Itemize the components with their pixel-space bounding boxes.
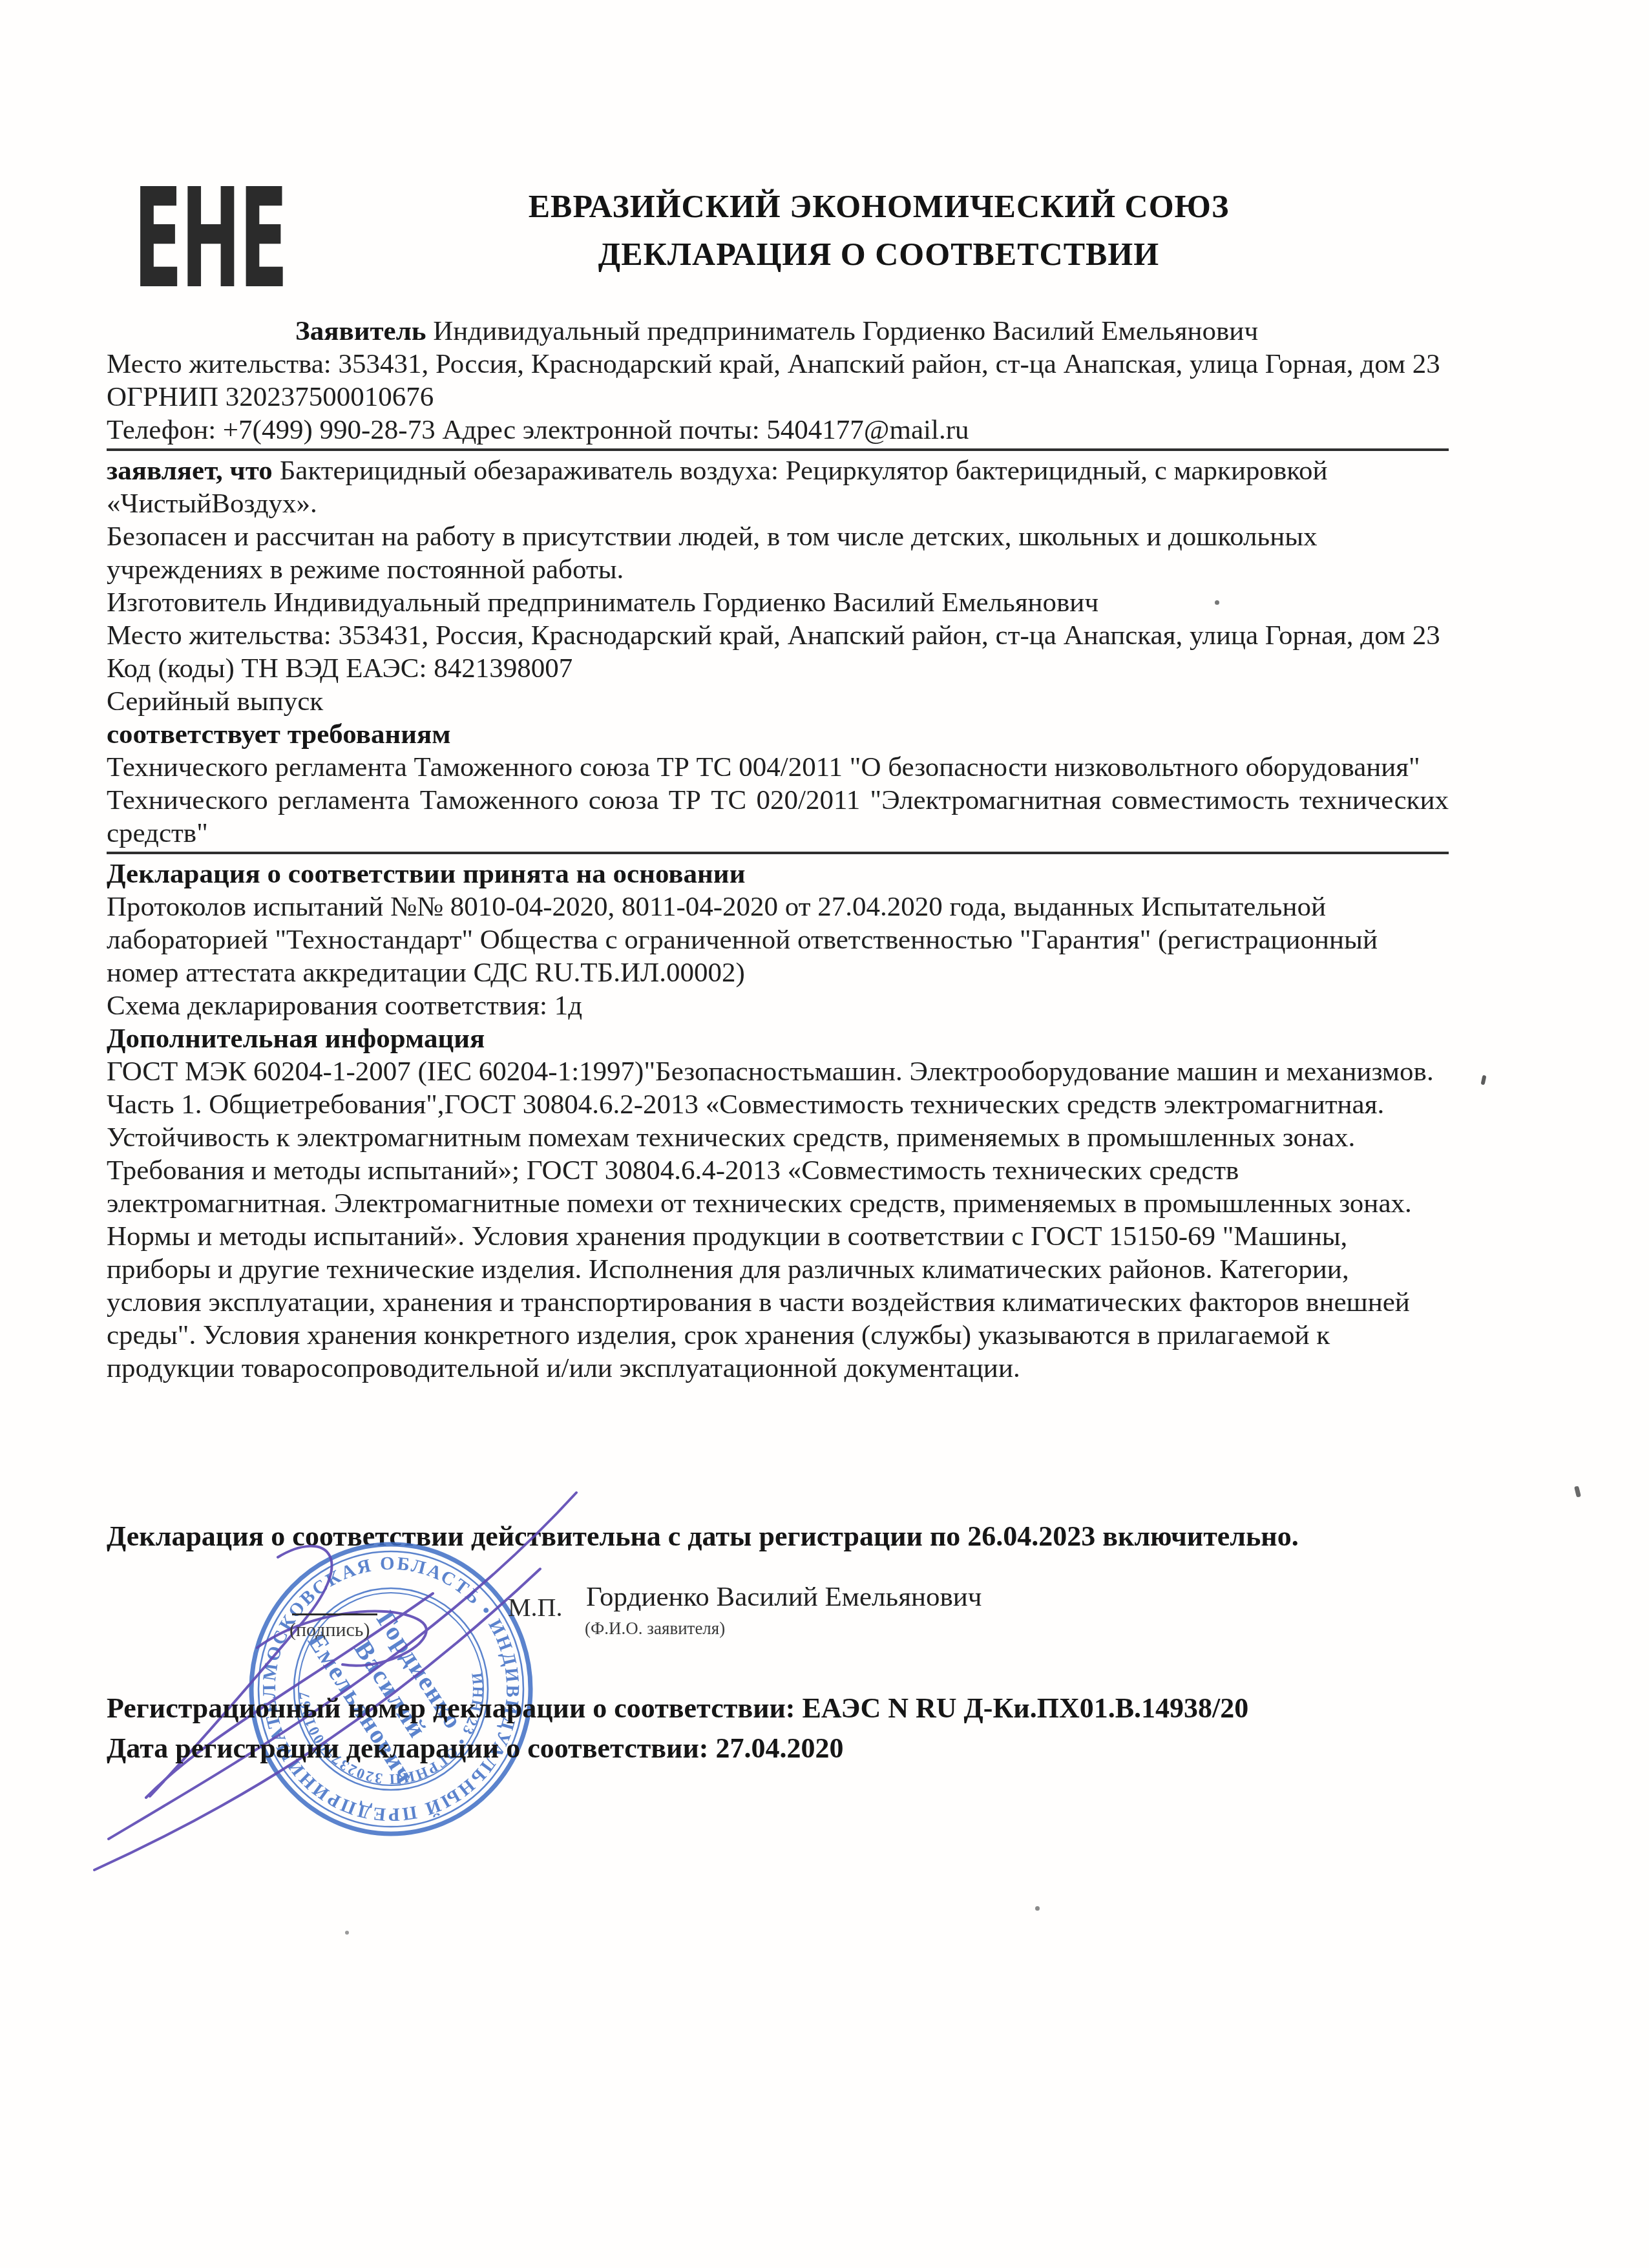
document-body: Заявитель Индивидуальный предприниматель… — [107, 315, 1449, 1385]
document-title: ЕВРАЗИЙСКИЙ ЭКОНОМИЧЕСКИЙ СОЮЗ ДЕКЛАРАЦИ… — [297, 182, 1460, 278]
scan-speck — [1215, 600, 1219, 605]
tnved-code: Код (коды) ТН ВЭД ЕАЭС: 8421398007 — [107, 652, 1449, 685]
mp-label: М.П. — [508, 1592, 562, 1622]
manufacturer-line: Изготовитель Индивидуальный предпринимат… — [107, 586, 1449, 619]
title-line-declaration: ДЕКЛАРАЦИЯ О СООТВЕТСТВИИ — [297, 230, 1460, 278]
regulation-1: Технического регламента Таможенного союз… — [107, 751, 1449, 784]
applicant-ogrnip: ОГРНИП 320237500010676 — [107, 381, 1449, 414]
basis-heading: Декларация о соответствии принята на осн… — [107, 857, 1449, 890]
additional-heading: Дополнительная информация — [107, 1022, 1449, 1055]
holder-name: Гордиенко Василий Емельянович — [586, 1581, 982, 1613]
manufacturer-address: Место жительства: 353431, Россия, Красно… — [107, 619, 1449, 652]
product-description: Бактерицидный обезараживатель воздуха: Р… — [107, 456, 1328, 519]
issue-type: Серийный выпуск — [107, 685, 1449, 718]
applicant-name: Индивидуальный предприниматель Гордиенко… — [426, 316, 1258, 346]
eac-logo: ЕНЕ — [134, 186, 287, 292]
signature-caption: (подпись) — [289, 1619, 370, 1641]
declares-line: заявляет, что Бактерицидный обезараживат… — [107, 454, 1449, 520]
signature-line — [292, 1613, 377, 1615]
applicant-line: Заявитель Индивидуальный предприниматель… — [107, 315, 1449, 348]
scan-speck — [345, 1931, 349, 1935]
registration-date-line: Дата регистрации декларации о соответств… — [107, 1732, 1464, 1765]
title-line-union: ЕВРАЗИЙСКИЙ ЭКОНОМИЧЕСКИЙ СОЮЗ — [297, 182, 1460, 230]
applicant-label: Заявитель — [295, 316, 426, 346]
declares-label: заявляет, что — [107, 456, 273, 486]
scan-speck — [1035, 1906, 1040, 1911]
scan-speck — [1574, 1486, 1581, 1497]
product-safety: Безопасен и рассчитан на работу в присут… — [107, 520, 1449, 586]
applicant-address: Место жительства: 353431, Россия, Красно… — [107, 348, 1449, 381]
applicant-contacts: Телефон: +7(499) 990-28-73 Адрес электро… — [107, 414, 1449, 446]
declaration-document: ЕНЕ ЕВРАЗИЙСКИЙ ЭКОНОМИЧЕСКИЙ СОЮЗ ДЕКЛА… — [0, 0, 1649, 2268]
additional-text: ГОСТ МЭК 60204-1-2007 (IEC 60204-1:1997)… — [107, 1055, 1449, 1385]
registration-number-line: Регистрационный номер декларации о соотв… — [107, 1692, 1464, 1725]
basis-scheme: Схема декларирования соответствия: 1д — [107, 989, 1449, 1022]
basis-protocols: Протоколов испытаний №№ 8010-04-2020, 80… — [107, 890, 1449, 989]
compliance-heading: соответствует требованиям — [107, 718, 1449, 751]
divider-rule-2 — [107, 852, 1449, 854]
handwritten-signature — [84, 1459, 614, 1873]
divider-rule-1 — [107, 448, 1449, 451]
scan-speck — [1481, 1075, 1487, 1086]
regulation-2: Технического регламента Таможенного союз… — [107, 784, 1449, 850]
holder-caption: (Ф.И.О. заявителя) — [585, 1619, 725, 1639]
